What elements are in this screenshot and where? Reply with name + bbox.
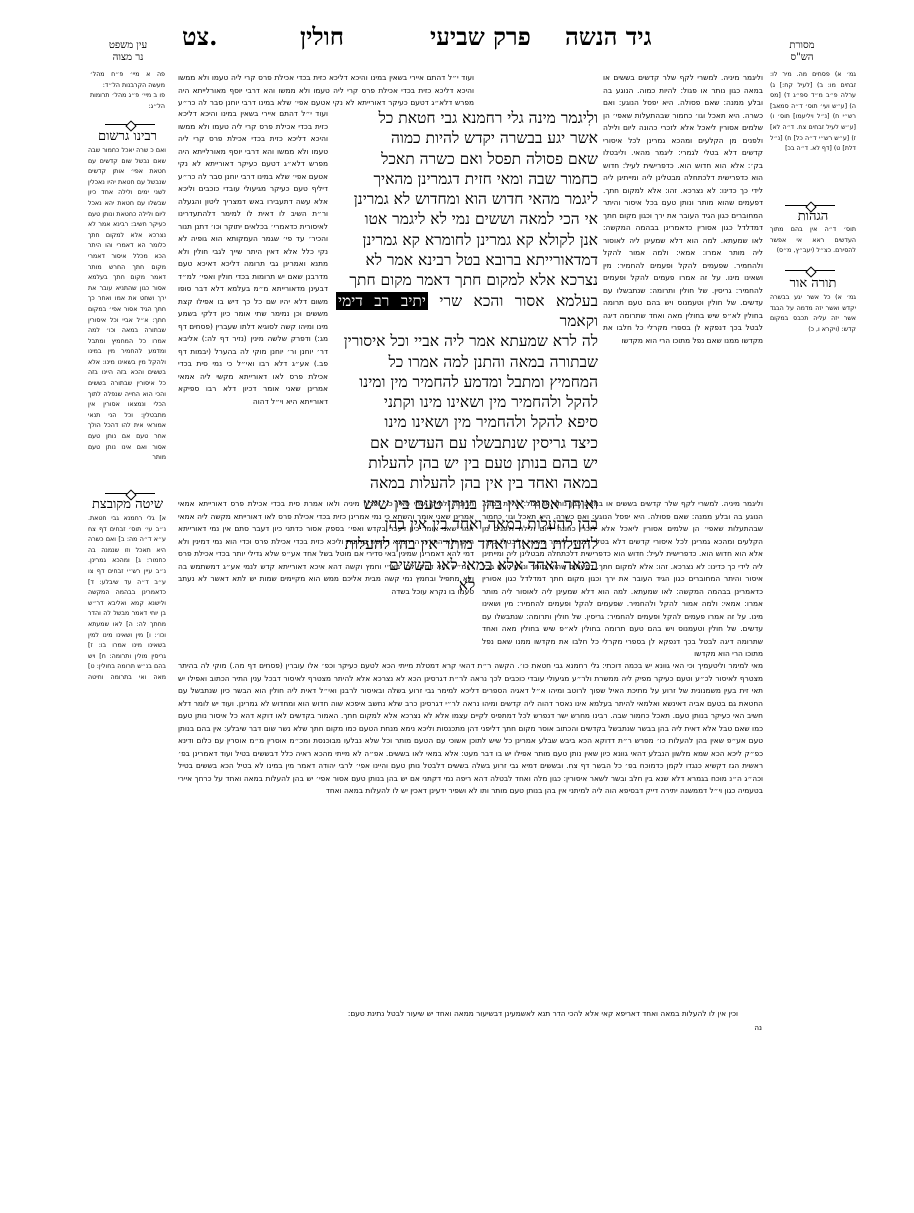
gemara-line: אנן לקולא קא גמרינן לחומרא קא גמרינן	[336, 230, 598, 250]
hagahot-title: הגהות	[770, 208, 856, 224]
gemara-line: יש בהם בנותן טעם בין יש בהן להעלות	[336, 453, 598, 473]
page-number: צט.	[182, 22, 217, 52]
tosafot-top-text: ועוד י״ל דהתם איירי בשאין במינו והיכא דל…	[178, 72, 474, 108]
tractate-name: חולין	[300, 22, 344, 52]
ein-mishpat-entry: פו ב מיי׳ פ״ג מהל׳ תרומות הל״ג:	[90, 91, 165, 112]
tosafot-column-text: ועוד י״ל דהתם איירי בשאין במינו והיכא דל…	[178, 108, 328, 498]
ornament-divider	[785, 270, 835, 271]
tosafot-lower-text: תרומה ולמיקן שתי סאין כו׳ ופריך מיניה ול…	[178, 498, 474, 658]
gemara-line: דמדאורייתא ברובא בטל רבינא אמר לא	[336, 250, 598, 270]
masoret-hashas-label: מסורת הש"ס	[772, 40, 832, 64]
gemara-line: אי הכי למאה וששים נמי לא ליגמר אטו	[336, 209, 598, 229]
tosafot-main-text: מאי למימר וליטעמיך וכי האי גוונא יש בכמה…	[178, 660, 763, 1005]
gemara-line: כחמור שבה ומאי חזית דגמרינן מהאיך	[336, 169, 598, 189]
gemara-line: ליגמר מהאי חדוש הוא ומחדוש לא גמרינן	[336, 189, 598, 209]
gemara-line: שאם פסולה תפסל ואם כשרה תאכל	[336, 149, 598, 169]
gemara-line: סיפא להקל ולהחמיר מין ושאינו מינו	[336, 412, 598, 432]
highlighted-phrase: יתיב רב דימי	[336, 292, 428, 310]
torah-or-title: תורה אור	[770, 275, 856, 291]
footer-catchword: נה	[742, 1022, 762, 1035]
ein-mishpat: פה א מיי׳ פ״ח מהל׳ מעשה הקרבנות הל״ד: פו…	[90, 70, 165, 112]
ein-mishpat-entry: פה א מיי׳ פ״ח מהל׳ מעשה הקרבנות הל״ד:	[90, 70, 165, 91]
chapter-number: פרק שביעי	[430, 22, 531, 52]
gemara-line: בעלמא אסור והכא שרי יתיב רב דימי וקאמר	[336, 291, 598, 332]
ornament-divider	[785, 205, 835, 206]
shita-mekubetzet-title: שיטה מקובצת	[90, 496, 165, 512]
gemara-line: נצרכא אלא למקום חתך דאמר מקום חתך	[336, 270, 598, 290]
masoret-label-line2: הש"ס	[772, 52, 832, 64]
tosafot-main-body: מאי למימר וליטעמיך וכי האי גוונא יש בכמה…	[178, 661, 763, 795]
gemara-line: להקל ולהחמיר מין ושאינו מינו וקתני	[336, 392, 598, 412]
masoret-label-line1: מסורת	[772, 40, 832, 52]
gemara-line: במאה ואחד בין אין בהן להעלות במאה	[336, 473, 598, 493]
masoret-hashas-text: גמ׳ א) פסחים מה. מיר לו: זבחים מו: ב) [ל…	[770, 70, 856, 190]
shita-mekubetzet-text: א] גלי רחמנא גבי חטאת. נ״ב עי׳ תוס׳ זבחי…	[88, 514, 166, 684]
ein-mishpat-label-line2: נר מצוה	[98, 52, 158, 64]
ein-mishpat-label-line1: עין משפט	[98, 40, 158, 52]
rashi-lower-text: וליגמר מיניה. למשרי לקף שלר קדשים בששים …	[482, 498, 763, 658]
gemara-line: כיצד גריסין שנתבשלו עם העדשים אם	[336, 433, 598, 453]
ornament-divider	[105, 493, 155, 494]
gemara-line: אשר יגע בבשרה יקדש להיות כמוה	[336, 128, 598, 148]
chapter-name: גיד הנשה	[565, 22, 652, 52]
gemara-line: ולִיגמר מינה גלי רחמנא גבי חטאת כל	[336, 108, 598, 128]
gemara-line: לה לרא שמעתא אמר ליה אביי וכל איסורין	[336, 331, 598, 351]
torah-or-text: גמ׳ א) כל אשר יגע בבשרה יקדש ואשר יזה מד…	[770, 293, 856, 335]
gemara-line-part: וקאמר	[560, 312, 598, 330]
rabbeinu-gershom-title: רבינו גרשום	[90, 128, 165, 144]
gemara-line: המחמיץ ומתבל ומדמע להחמיר מין ומינו	[336, 372, 598, 392]
ein-mishpat-label: עין משפט נר מצוה	[98, 40, 158, 64]
gemara-line: שבתורה במאה והתנן למה אמרו כל	[336, 352, 598, 372]
tosafot-tail: וכין אין לו להעלות במאה ואחד דאריפא קאי …	[178, 1008, 738, 1021]
hagahot-text: תוס׳ ד״ה אין בהם מתוך העדשים ראא אי אפשר…	[770, 225, 856, 257]
rabbeinu-gershom-text: ואם כ שרה יאכל כחמור שבה שאם נבשל שום קד…	[88, 146, 166, 476]
ornament-divider	[105, 124, 155, 125]
gemara-line-part: בעלמא אסור והכא שרי	[439, 292, 598, 310]
